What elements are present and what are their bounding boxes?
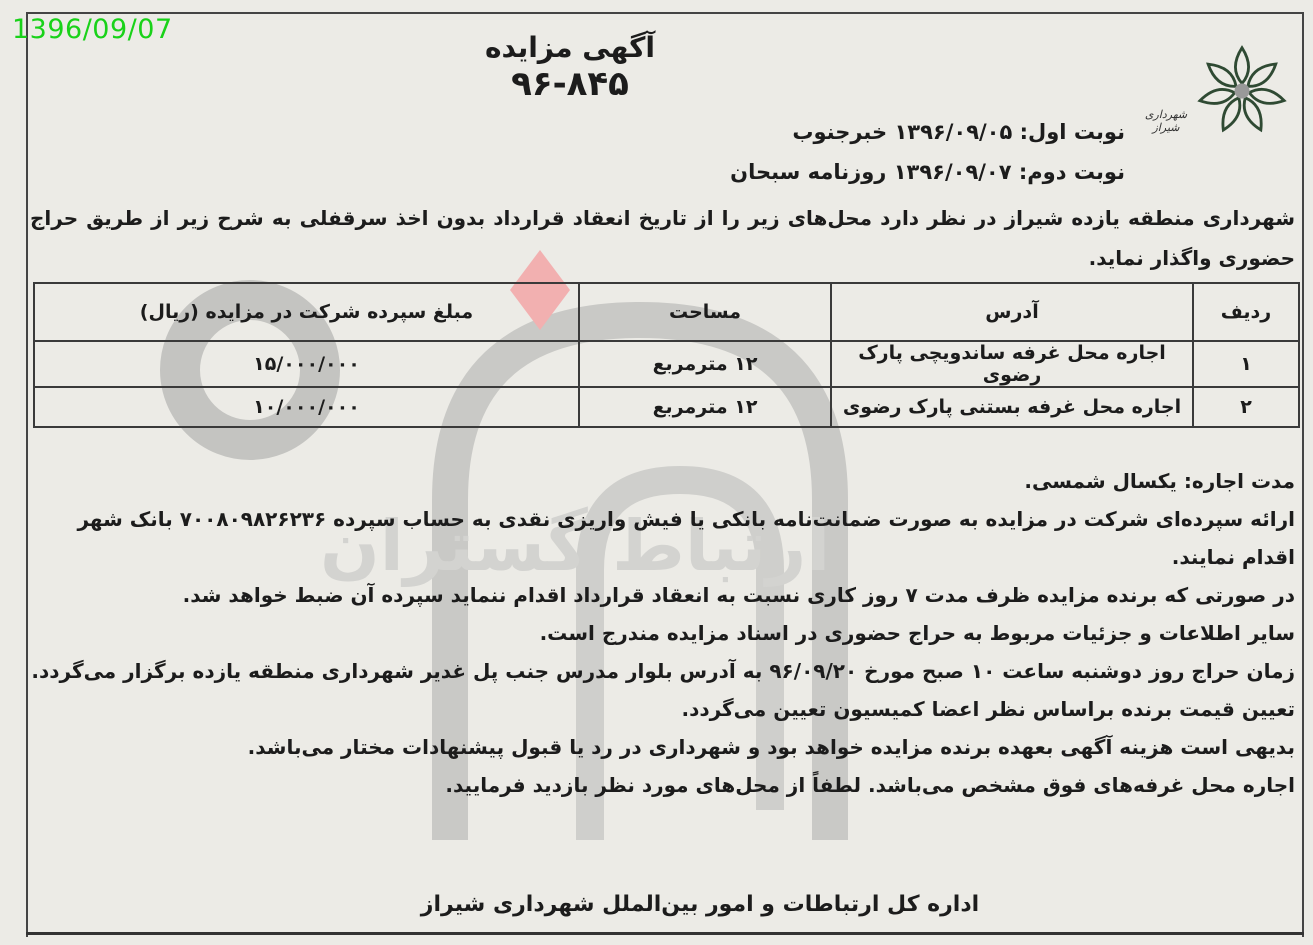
date-stamp: 1396/09/07: [12, 14, 173, 45]
signature: اداره کل ارتباطات و امور بین‌الملل شهردا…: [400, 892, 1000, 917]
intro-paragraph: شهرداری منطقه یازده شیراز در نظر دارد مح…: [30, 198, 1295, 278]
title-text: آگهی مزایده: [470, 30, 670, 66]
first-issue: نوبت اول: ۱۳۹۶/۰۹/۰۵ خبرجنوب: [792, 120, 1125, 144]
price-clause: تعیین قیمت برنده براساس نظر اعضا کمیسیون…: [30, 690, 1295, 728]
lease-period: مدت اجاره: یکسال شمسی.: [30, 462, 1295, 500]
table-header-row: ردیف آدرس مساحت مبلغ سپرده شرکت در مزاید…: [34, 283, 1299, 341]
cell-deposit: ۱۵/۰۰۰/۰۰۰: [34, 341, 579, 387]
second-issue: نوبت دوم: ۱۳۹۶/۰۹/۰۷ روزنامه سبحان: [730, 160, 1125, 184]
cell-row-number: ۲: [1193, 387, 1299, 427]
forfeit-clause: در صورتی که برنده مزایده ظرف مدت ۷ روز ک…: [30, 576, 1295, 614]
shiraz-municipality-flower-icon: [1195, 44, 1289, 138]
cell-area: ۱۲ مترمربع: [579, 387, 831, 427]
col-area: مساحت: [579, 283, 831, 341]
auction-time: زمان حراج روز دوشنبه ساعت ۱۰ صبح مورخ ۹۶…: [30, 652, 1295, 690]
visit-clause: اجاره محل غرفه‌های فوق مشخص می‌باشد. لطف…: [30, 766, 1295, 804]
col-row-number: ردیف: [1193, 283, 1299, 341]
cell-address: اجاره محل غرفه بستنی پارک رضوی: [831, 387, 1193, 427]
table-row: ۱ اجاره محل غرفه ساندویچی پارک رضوی ۱۲ م…: [34, 341, 1299, 387]
table-row: ۲ اجاره محل غرفه بستنی پارک رضوی ۱۲ مترم…: [34, 387, 1299, 427]
logo-caption: شهرداری شیراز: [1136, 108, 1196, 138]
notice-number: ۹۶-۸۴۵: [470, 66, 670, 102]
col-deposit: مبلغ سپرده شرکت در مزایده (ریال): [34, 283, 579, 341]
auction-table: ردیف آدرس مساحت مبلغ سپرده شرکت در مزاید…: [33, 282, 1300, 428]
col-address: آدرس: [831, 283, 1193, 341]
cell-row-number: ۱: [1193, 341, 1299, 387]
cost-clause: بدیهی است هزینه آگهی بعهده برنده مزایده …: [30, 728, 1295, 766]
details-clause: سایر اطلاعات و جزئیات مربوط به حراج حضور…: [30, 614, 1295, 652]
cell-deposit: ۱۰/۰۰۰/۰۰۰: [34, 387, 579, 427]
cell-address: اجاره محل غرفه ساندویچی پارک رضوی: [831, 341, 1193, 387]
deposit-instructions: ارائه سپرده‌ای شرکت در مزایده به صورت ضم…: [30, 500, 1295, 576]
cell-area: ۱۲ مترمربع: [579, 341, 831, 387]
notice-body: مدت اجاره: یکسال شمسی. ارائه سپرده‌ای شر…: [30, 462, 1295, 804]
notice-title: آگهی مزایده ۹۶-۸۴۵: [470, 30, 670, 102]
